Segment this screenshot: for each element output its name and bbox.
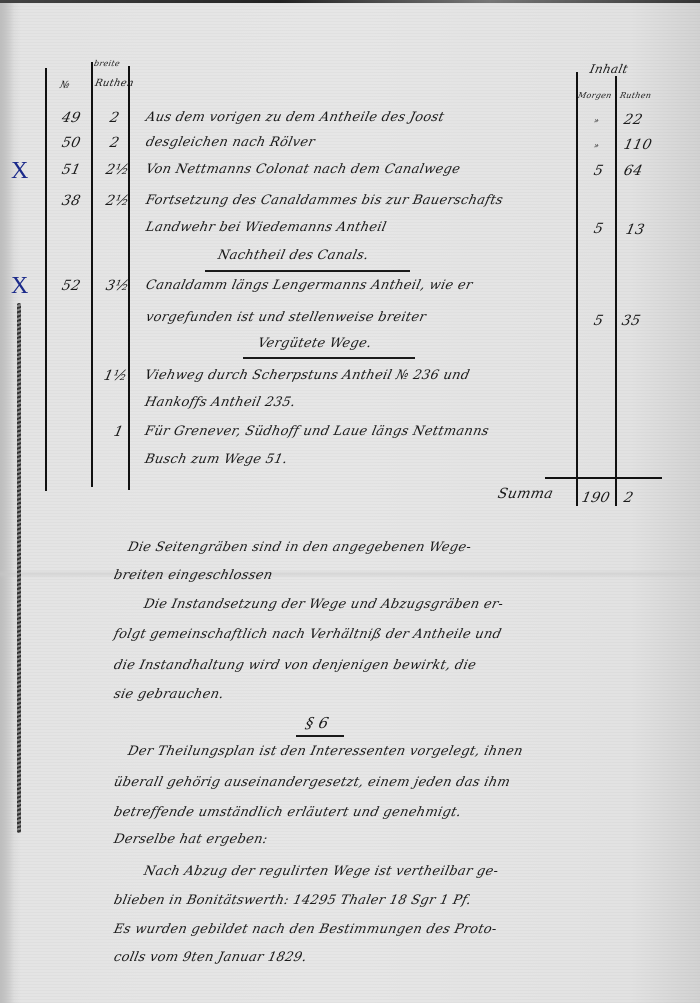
row-width: 3½ bbox=[104, 278, 130, 294]
header-morgen: Morgen bbox=[577, 91, 613, 100]
row-text: Von Nettmanns Colonat nach dem Canalwege bbox=[144, 162, 461, 177]
row-no: 38 bbox=[60, 193, 82, 209]
paragraph-line: Die Instandsetzung der Wege und Abzugsgr… bbox=[142, 597, 504, 612]
margin-mark-x: X bbox=[11, 273, 28, 300]
paragraph-line: Es wurden gebildet nach den Bestimmungen… bbox=[112, 922, 498, 937]
section-number-heading: § 6 bbox=[304, 714, 331, 732]
paragraph-line: blieben in Bonitätswerth: 14295 Thaler 1… bbox=[112, 893, 472, 908]
summa-rule bbox=[545, 477, 662, 479]
row-no: 52 bbox=[60, 278, 82, 294]
paragraph-line: colls vom 9ten Januar 1829. bbox=[112, 950, 308, 965]
binding-cord bbox=[17, 303, 21, 833]
margin-mark-x: X bbox=[11, 158, 28, 185]
row-ruthen: 13 bbox=[624, 222, 646, 238]
table-border-left bbox=[45, 68, 47, 491]
header-no: № bbox=[59, 80, 71, 91]
paragraph-line: Derselbe hat ergeben: bbox=[112, 832, 269, 847]
heading-underline bbox=[243, 357, 415, 359]
paragraph-line: Nach Abzug der regulirten Wege ist verth… bbox=[142, 864, 499, 879]
row-ruthen: 110 bbox=[622, 137, 653, 153]
heading-underline bbox=[296, 735, 344, 737]
table-divider-content bbox=[576, 72, 578, 506]
row-text: Für Grenever, Südhoff und Laue längs Net… bbox=[143, 424, 490, 439]
row-text: Canaldamm längs Lengermanns Antheil, wie… bbox=[144, 278, 474, 293]
section-heading: Nachtheil des Canals. bbox=[216, 248, 370, 263]
row-text: desgleichen nach Rölver bbox=[144, 135, 316, 150]
paper-fold bbox=[0, 570, 700, 578]
row-text: Hankoffs Antheil 235. bbox=[143, 395, 297, 410]
summa-morgen: 190 bbox=[580, 490, 611, 506]
paragraph-line: Der Theilungsplan ist den Interessenten … bbox=[126, 744, 524, 759]
paragraph-line: folgt gemeinschaftlich nach Verhältniß d… bbox=[112, 627, 502, 642]
paragraph-line: breiten eingeschlossen bbox=[112, 568, 274, 583]
header-width-bottom: Ruthen bbox=[94, 78, 135, 89]
section-heading: Vergütete Wege. bbox=[256, 336, 373, 351]
header-ruthen: Ruthen bbox=[619, 91, 652, 100]
summa-label: Summa bbox=[496, 486, 554, 502]
row-text: Landwehr bei Wiedemanns Antheil bbox=[144, 220, 387, 235]
row-no: 50 bbox=[60, 135, 82, 151]
header-content: Inhalt bbox=[589, 62, 630, 76]
row-ruthen: 64 bbox=[622, 163, 644, 179]
row-text: vorgefunden ist und stellenweise breiter bbox=[144, 310, 427, 325]
row-text: Busch zum Wege 51. bbox=[143, 452, 288, 467]
table-divider-morgen bbox=[615, 76, 617, 506]
paragraph-line: sie gebrauchen. bbox=[112, 687, 225, 702]
header-width-top: breite bbox=[93, 59, 121, 68]
row-no: 49 bbox=[60, 110, 82, 126]
heading-underline bbox=[205, 270, 410, 272]
row-width: 2½ bbox=[104, 193, 130, 209]
page-edge-shadow bbox=[0, 3, 14, 1003]
row-width: 1½ bbox=[102, 368, 128, 384]
row-text: Aus dem vorigen zu dem Antheile des Joos… bbox=[144, 110, 445, 125]
row-text: Fortsetzung des Canaldammes bis zur Baue… bbox=[144, 193, 504, 208]
paragraph-line: die Instandhaltung wird von denjenigen b… bbox=[112, 658, 477, 673]
row-ruthen: 35 bbox=[620, 313, 642, 329]
paragraph-line: Die Seitengräben sind in den angegebenen… bbox=[126, 540, 472, 555]
table-divider-no bbox=[91, 62, 93, 487]
row-no: 51 bbox=[60, 162, 82, 178]
paragraph-line: betreffende umständlich erläutert und ge… bbox=[112, 805, 462, 820]
paragraph-line: überall gehörig auseinandergesetzt, eine… bbox=[112, 775, 511, 790]
row-ruthen: 22 bbox=[622, 112, 644, 128]
row-text: Viehweg durch Scherpstuns Antheil № 236 … bbox=[143, 368, 471, 383]
row-width: 2½ bbox=[104, 162, 130, 178]
